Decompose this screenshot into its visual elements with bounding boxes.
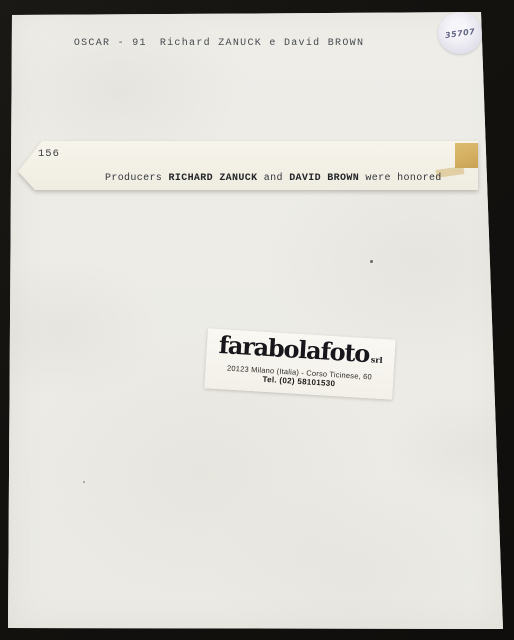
caption-index-number: 156 [38,148,60,160]
name-david-brown: DAVID BROWN [289,173,359,184]
agency-brand-suffix: srl [371,354,383,365]
caption-text: Producers RICHARD ZANUCK and DAVID BROWN… [105,146,442,289]
paper-speck [370,260,373,263]
paper-speck [83,481,85,483]
header-names-label: Richard ZANUCK e David BROWN [160,38,364,49]
farabolafoto-stamp: farabolafotosrl 20123 Milano (Italia) - … [204,328,395,399]
tape-patch [455,143,478,168]
archive-number-sticker: 35707 [438,12,482,54]
caption-strip: 156 Producers RICHARD ZANUCK and DAVID B… [16,141,478,190]
name-richard-zanuck: RICHARD ZANUCK [169,173,258,184]
caption-strip-wrap: 156 Producers RICHARD ZANUCK and DAVID B… [16,141,478,190]
caption-line-1: Producers RICHARD ZANUCK and DAVID BROWN… [105,172,442,185]
typewritten-header: OSCAR - 91Richard ZANUCK e David BROWN [30,27,364,60]
caption-line-3: Memorial Award. [105,250,442,263]
photo-paper-back: OSCAR - 91Richard ZANUCK e David BROWN 3… [0,0,514,640]
header-event-label: OSCAR - 91 [74,38,147,49]
photo-scan-frame: OSCAR - 91Richard ZANUCK e David BROWN 3… [0,0,514,640]
archive-number: 35707 [444,26,475,39]
caption-line-2: for their film careers with the Irving G… [105,211,442,224]
